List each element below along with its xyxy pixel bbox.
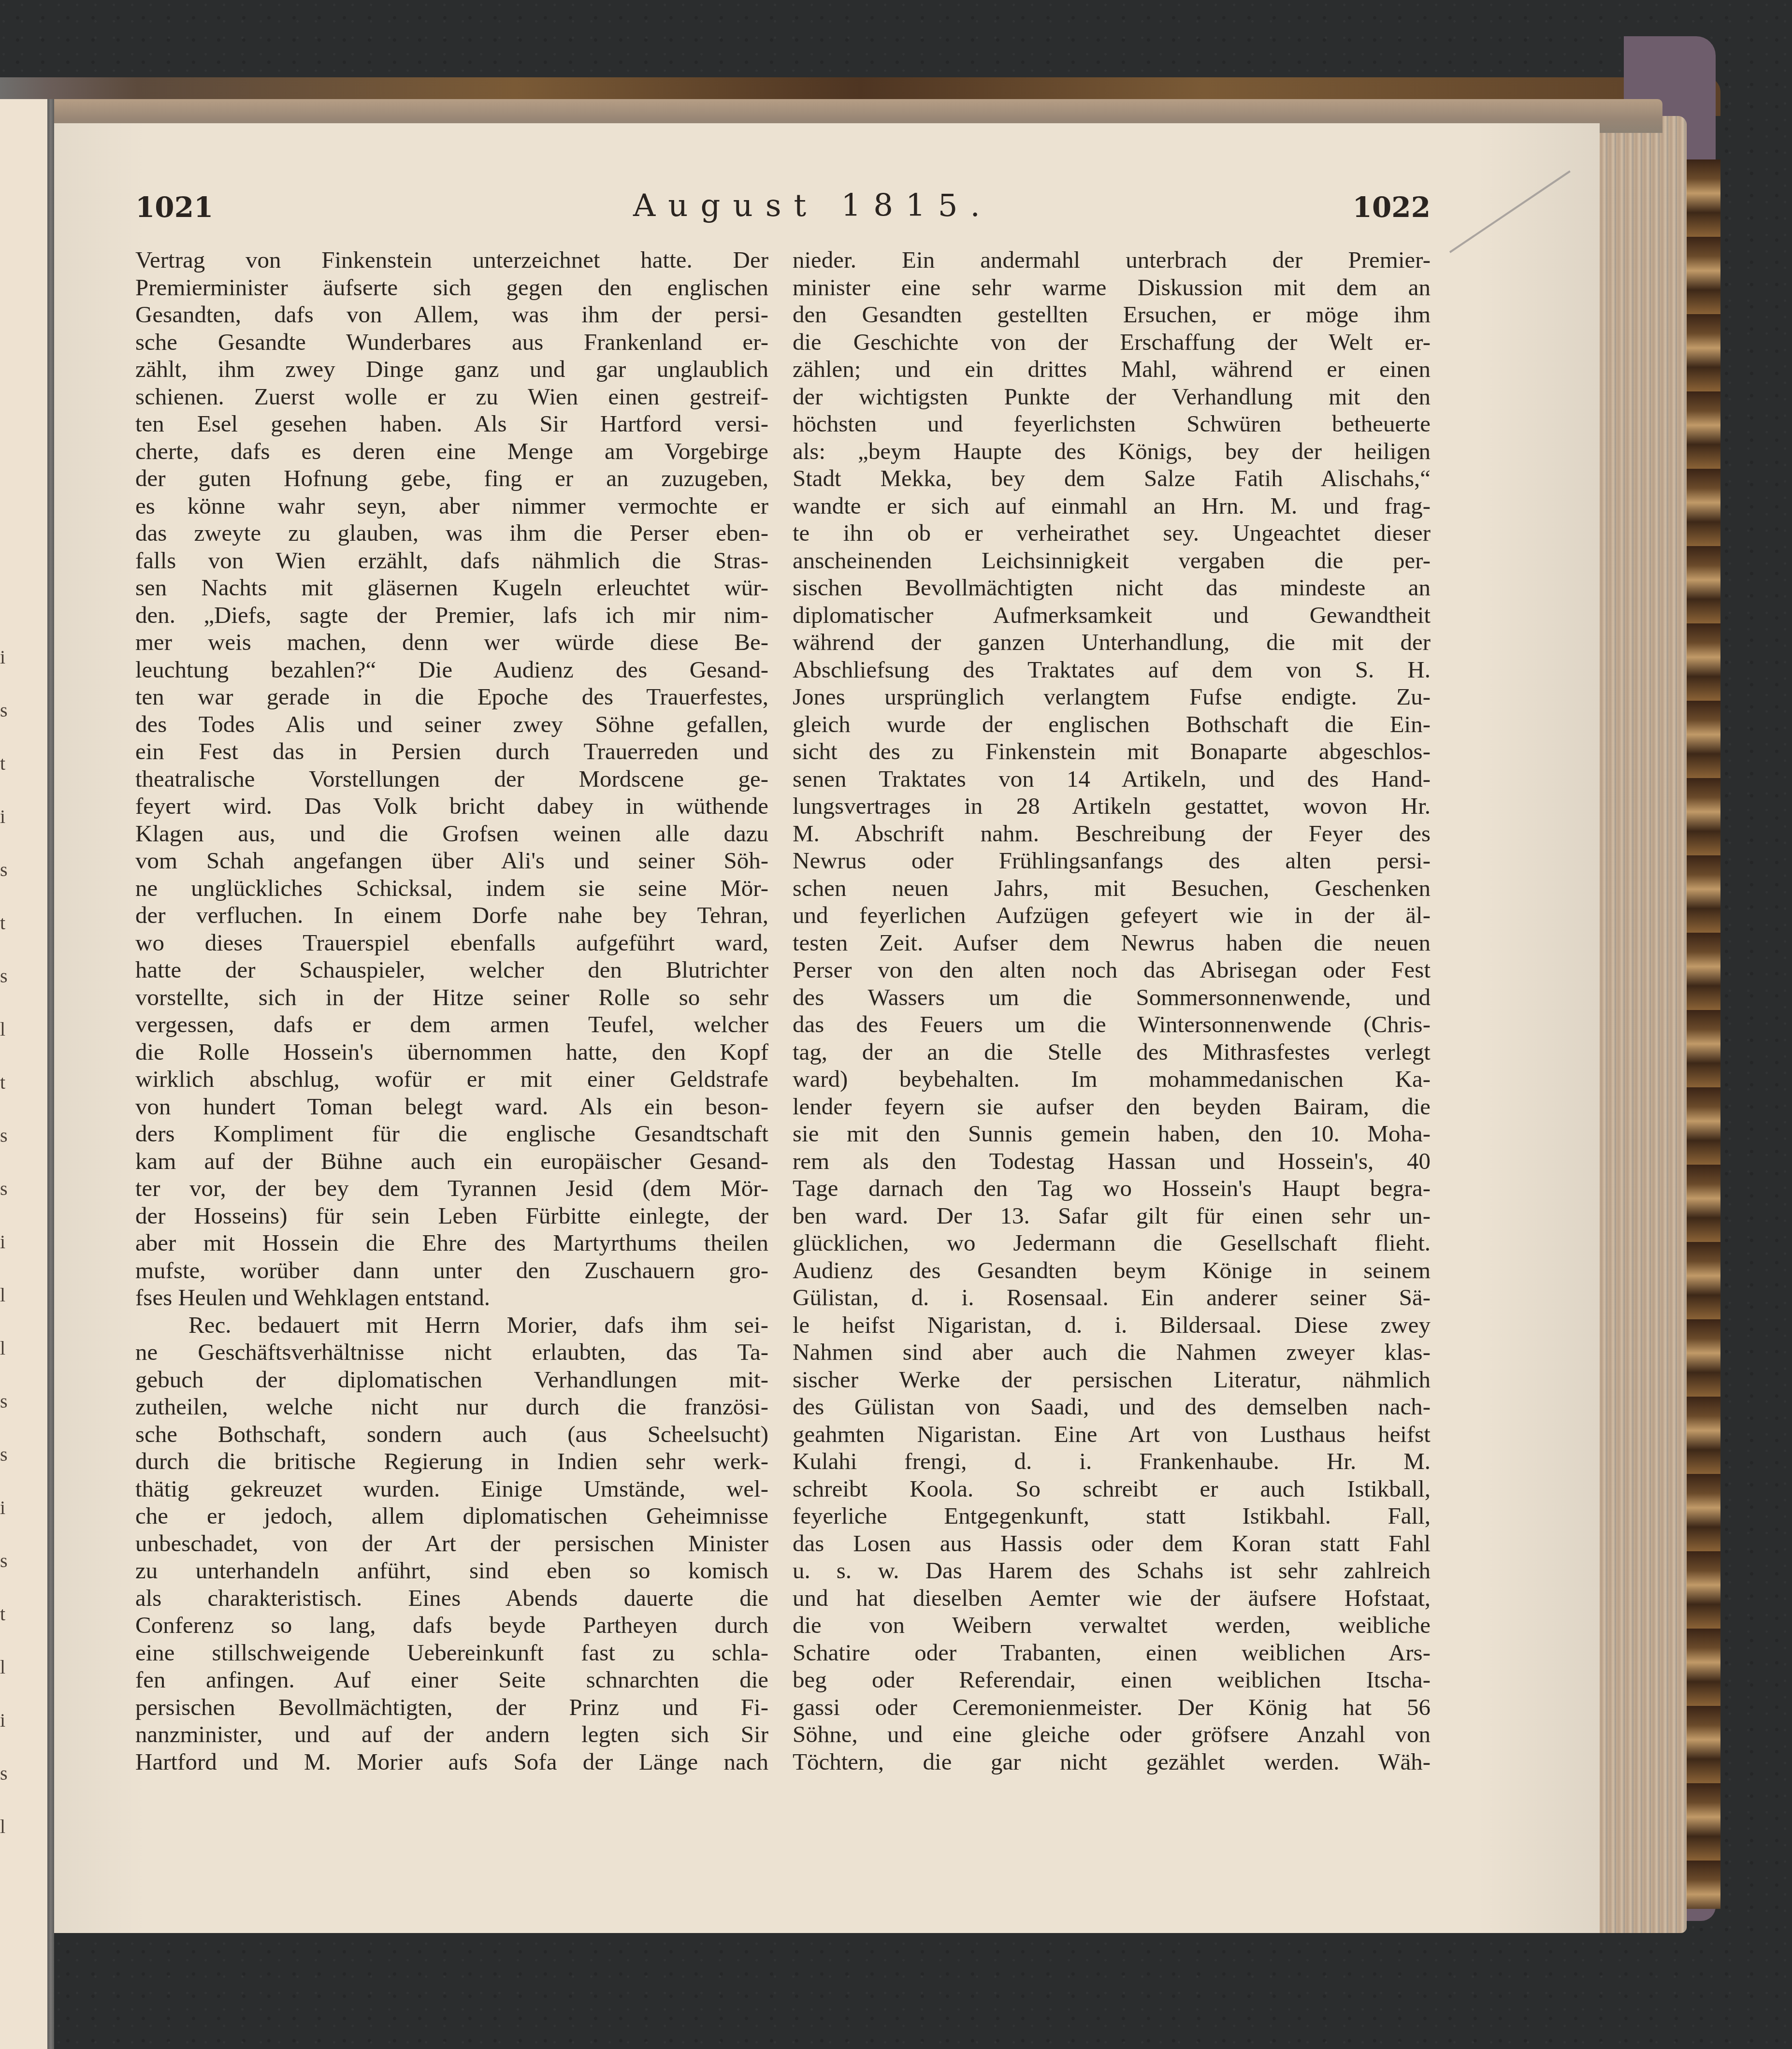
text-line: der guten Hofnung gebe, fing er an zuzug… <box>135 465 768 492</box>
text-line: wo dieses Trauerspiel ebenfalls aufgefüh… <box>135 929 768 957</box>
previous-page-mark: t <box>0 896 10 950</box>
text-line: von hundert Toman belegt ward. Als ein b… <box>135 1093 768 1121</box>
text-line: die Rolle Hossein's übernommen hatte, de… <box>135 1039 768 1066</box>
text-line: falls von Wien erzählt, dafs nähmlich di… <box>135 547 768 575</box>
text-line: Kulahi frengi, d. i. Frankenhaube. Hr. M… <box>793 1448 1431 1475</box>
page-number-left: 1021 <box>135 191 213 224</box>
text-line: der wichtigsten Punkte der Verhandlung m… <box>793 383 1431 411</box>
text-line: ne Geschäftsverhältnisse nicht erlaubten… <box>135 1339 768 1366</box>
previous-page-mark: l <box>0 1269 10 1322</box>
text-line: zu unterhandeln anführt, sind eben so ko… <box>135 1557 768 1585</box>
text-line: Perser von den alten noch das Abrisegan … <box>793 956 1431 984</box>
text-line: ter vor, der bey dem Tyrannen Jesid (dem… <box>135 1175 768 1202</box>
text-line: ders Kompliment für die englische Gesand… <box>135 1120 768 1148</box>
text-line: vom Schah angefangen über Ali's und sein… <box>135 847 768 875</box>
previous-page-mark: s <box>0 1428 10 1481</box>
text-line: während der ganzen Unterhandlung, die mi… <box>793 629 1431 656</box>
text-line: höchsten und feyerlichsten Schwüren beth… <box>793 410 1431 438</box>
text-line: rem als den Todestag Hassan und Hossein'… <box>793 1148 1431 1175</box>
text-line: wandte er sich auf einmahl an Hrn. M. un… <box>793 492 1431 520</box>
previous-page-mark: l <box>0 1800 10 1853</box>
previous-page-mark: l <box>0 1322 10 1375</box>
text-line: den Gesandten gestellten Ersuchen, er mö… <box>793 301 1431 329</box>
text-line: schreibt Koola. So schreibt er auch Isti… <box>793 1475 1431 1503</box>
previous-page-mark: i <box>0 1215 10 1269</box>
previous-page-mark: s <box>0 950 10 1003</box>
text-line: fen anfingen. Auf einer Seite schnarchte… <box>135 1666 768 1694</box>
text-line: feyert wird. Das Volk bricht dabey in wü… <box>135 793 768 820</box>
text-line: die Geschichte von der Erschaffung der W… <box>793 329 1431 356</box>
text-line: theatralische Vorstellungen der Mordscen… <box>135 765 768 793</box>
text-line: Newrus oder Frühlingsanfangs des alten p… <box>793 847 1431 875</box>
text-line: anscheinenden Leichsinnigkeit vergaben d… <box>793 547 1431 575</box>
previous-page-mark: t <box>0 1587 10 1641</box>
text-line: Nahmen sind aber auch die Nahmen zweyer … <box>793 1339 1431 1366</box>
text-line: ben ward. Der 13. Safar gilt für einen s… <box>793 1202 1431 1230</box>
page-number-right: 1022 <box>1353 191 1431 224</box>
text-line: den. „Diefs, sagte der Premier, lafs ich… <box>135 602 768 629</box>
text-line: beg oder Referendair, einen weiblichen I… <box>793 1666 1431 1694</box>
text-line: cherte, dafs es deren eine Menge am Vorg… <box>135 438 768 465</box>
previous-page-mark: i <box>0 790 10 843</box>
text-line: sche Gesandte Wunderbares aus Frankenlan… <box>135 329 768 356</box>
text-line: tag, der an die Stelle des Mithrasfestes… <box>793 1039 1431 1066</box>
previous-page-mark: l <box>0 1641 10 1694</box>
text-line: sischen Bevollmächtigten nicht das minde… <box>793 574 1431 602</box>
text-line: thätig gekreuzet wurden. Einige Umstände… <box>135 1475 768 1503</box>
text-line: Hartford und M. Morier aufs Sofa der Län… <box>135 1748 768 1776</box>
text-line: hatte der Schauspieler, welcher den Blut… <box>135 956 768 984</box>
text-line: Gesandten, dafs von Allem, was ihm der p… <box>135 301 768 329</box>
text-line: die von Weibern verwaltet werden, weibli… <box>793 1612 1431 1639</box>
text-line: als: „beym Haupte des Königs, bey der he… <box>793 438 1431 465</box>
text-line: ein Fest das in Persien durch Trauerrede… <box>135 738 768 765</box>
text-line: ten war gerade in die Epoche des Trauerf… <box>135 683 768 711</box>
text-line: und feyerlichen Aufzügen gefeyert wie in… <box>793 902 1431 929</box>
running-head: 1021 August 1815. 1022 <box>135 191 1431 230</box>
text-line: Audienz des Gesandten beym Könige in sei… <box>793 1257 1431 1284</box>
previous-page-mark: l <box>0 1003 10 1056</box>
text-line: Rec. bedauert mit Herrn Morier, dafs ihm… <box>135 1312 768 1339</box>
previous-page-mark: s <box>0 1162 10 1215</box>
text-line: durch die britische Regierung in Indien … <box>135 1448 768 1475</box>
text-line: vorstellte, sich in der Hitze seiner Rol… <box>135 984 768 1011</box>
text-line: Vertrag von Finkenstein unterzeichnet ha… <box>135 246 768 274</box>
text-line: fses Heulen und Wehklagen entstand. <box>135 1284 768 1312</box>
text-line: geahmten Nigaristan. Eine Art von Lustha… <box>793 1421 1431 1448</box>
page-block-edges <box>1590 116 1687 1933</box>
previous-page-sliver: ististsltssillssistlisl <box>0 99 48 2049</box>
text-line: Töchtern, die gar nicht gezählet werden.… <box>793 1748 1431 1776</box>
text-line: nieder. Ein andermahl unterbrach der Pre… <box>793 246 1431 274</box>
text-line: gebuch der diplomatischen Verhandlungen … <box>135 1366 768 1394</box>
text-line: zählen; und ein drittes Mahl, während er… <box>793 356 1431 383</box>
text-line: Premierminister äufserte sich gegen den … <box>135 274 768 302</box>
text-line: und hat dieselben Aemter wie der äufsere… <box>793 1585 1431 1612</box>
text-line: mer weis machen, denn wer würde diese Be… <box>135 629 768 656</box>
text-line: Tage darnach den Tag wo Hossein's Haupt … <box>793 1175 1431 1202</box>
previous-page-mark: s <box>0 843 10 896</box>
book-gutter <box>47 99 54 2049</box>
text-line: persischen Bevollmächtigten, der Prinz u… <box>135 1694 768 1721</box>
text-line: u. s. w. Das Harem des Schahs ist sehr z… <box>793 1557 1431 1585</box>
text-line: feyerliche Entgegenkunft, statt Istikbah… <box>793 1502 1431 1530</box>
text-line: nanzminister, und auf der andern legten … <box>135 1721 768 1748</box>
text-line: M. Abschrift nahm. Beschreibung der Feye… <box>793 820 1431 848</box>
text-line: Schatire oder Trabanten, einen weibliche… <box>793 1639 1431 1667</box>
text-column-right: nieder. Ein andermahl unterbrach der Pre… <box>793 246 1431 1775</box>
text-line: sicht des zu Finkenstein mit Bonaparte a… <box>793 738 1431 765</box>
text-line: unbeschadet, von der Art der persischen … <box>135 1530 768 1558</box>
text-line: minister eine sehr warme Diskussion mit … <box>793 274 1431 302</box>
page-header-title: August 1815. <box>633 188 993 224</box>
text-line: lungsvertrages in 28 Artikeln gestattet,… <box>793 793 1431 820</box>
text-line: lender feyern sie aufser den beyden Bair… <box>793 1093 1431 1121</box>
text-line: ne unglückliches Schicksal, indem sie se… <box>135 875 768 902</box>
text-line: sie mit den Sunnis gemein haben, den 10.… <box>793 1120 1431 1148</box>
text-line: vergessen, dafs er dem armen Teufel, wel… <box>135 1011 768 1039</box>
previous-page-mark: i <box>0 631 10 684</box>
text-line: das des Feuers um die Wintersonnenwende … <box>793 1011 1431 1039</box>
text-line: gleich wurde der englischen Bothschaft d… <box>793 711 1431 738</box>
text-line: der Hosseins) für sein Leben Fürbitte ei… <box>135 1202 768 1230</box>
previous-page-mark: s <box>0 684 10 737</box>
text-line: glücklichen, wo Jedermann die Gesellscha… <box>793 1229 1431 1257</box>
text-line: te ihn ob er verheirathet sey. Ungeachte… <box>793 519 1431 547</box>
text-line: le heifst Nigaristan, d. i. Bildersaal. … <box>793 1312 1431 1339</box>
text-line: ten Esel gesehen haben. Als Sir Hartford… <box>135 410 768 438</box>
text-line: Jones ursprünglich verlangtem Fufse endi… <box>793 683 1431 711</box>
text-line: schen neuen Jahrs, mit Besuchen, Geschen… <box>793 875 1431 902</box>
text-line: senen Traktates von 14 Artikeln, und des… <box>793 765 1431 793</box>
text-line: sche Bothschaft, sondern auch (aus Schee… <box>135 1421 768 1448</box>
text-line: zutheilen, welche nicht nur durch die fr… <box>135 1393 768 1421</box>
text-line: Klagen aus, und die Grofsen weinen alle … <box>135 820 768 848</box>
text-line: kam auf der Bühne auch ein europäischer … <box>135 1148 768 1175</box>
book-cover-marbled-edge <box>1682 159 1720 1909</box>
previous-page-mark: s <box>0 1109 10 1162</box>
text-line: Gülistan, d. i. Rosensaal. Ein anderer s… <box>793 1284 1431 1312</box>
previous-page-mark: s <box>0 1534 10 1587</box>
text-line: leuchtung bezahlen?“ Die Audienz des Ges… <box>135 656 768 684</box>
text-line: es könne wahr seyn, aber nimmer vermocht… <box>135 492 768 520</box>
text-line: des Gülistan von Saadi, und des demselbe… <box>793 1393 1431 1421</box>
text-line: aber mit Hossein die Ehre des Martyrthum… <box>135 1229 768 1257</box>
previous-page-mark: i <box>0 1694 10 1747</box>
text-line: Stadt Mekka, bey dem Salze Fatih Alischa… <box>793 465 1431 492</box>
text-line: zählt, ihm zwey Dinge ganz und gar ungla… <box>135 356 768 383</box>
previous-page-mark: i <box>0 1481 10 1534</box>
text-line: sischer Werke der persischen Literatur, … <box>793 1366 1431 1394</box>
text-line: als charakteristisch. Eines Abends dauer… <box>135 1585 768 1612</box>
text-line: das Losen aus Hassis oder dem Koran stat… <box>793 1530 1431 1558</box>
text-line: des Todes Alis und seiner zwey Söhne gef… <box>135 711 768 738</box>
text-line: wirklich abschlug, wofür er mit einer Ge… <box>135 1066 768 1093</box>
text-line: Abschliefsung des Traktates auf dem von … <box>793 656 1431 684</box>
previous-page-mark: t <box>0 737 10 790</box>
text-line: sen Nachts mit gläsernen Kugeln erleucht… <box>135 574 768 602</box>
text-line: Söhne, und eine gleiche oder gröfsere An… <box>793 1721 1431 1748</box>
text-line: schienen. Zuerst wolle er zu Wien einen … <box>135 383 768 411</box>
previous-page-mark: s <box>0 1747 10 1800</box>
text-line: mufste, worüber dann unter den Zuschauer… <box>135 1257 768 1284</box>
text-line: Conferenz so lang, dafs beyde Partheyen … <box>135 1612 768 1639</box>
text-line: eine stillschweigende Uebereinkunft fast… <box>135 1639 768 1667</box>
text-line: das zweyte zu glauben, was ihm die Perse… <box>135 519 768 547</box>
text-column-left: Vertrag von Finkenstein unterzeichnet ha… <box>135 246 768 1775</box>
previous-page-text-fragments: ististsltssillssistlisl <box>0 631 10 1887</box>
text-line: che er jedoch, allem diplomatischen Gehe… <box>135 1502 768 1530</box>
text-line: diplomatischer Aufmerksamkeit und Gewand… <box>793 602 1431 629</box>
text-line: des Wassers um die Sommersonnenwende, un… <box>793 984 1431 1011</box>
previous-page-mark: s <box>0 1375 10 1428</box>
text-line: der verfluchen. In einem Dorfe nahe bey … <box>135 902 768 929</box>
text-line: ward) beybehalten. Im mohammedanischen K… <box>793 1066 1431 1093</box>
text-line: gassi oder Ceremonienmeister. Der König … <box>793 1694 1431 1721</box>
previous-page-mark: t <box>0 1056 10 1109</box>
text-line: testen Zeit. Aufser dem Newrus haben die… <box>793 929 1431 957</box>
